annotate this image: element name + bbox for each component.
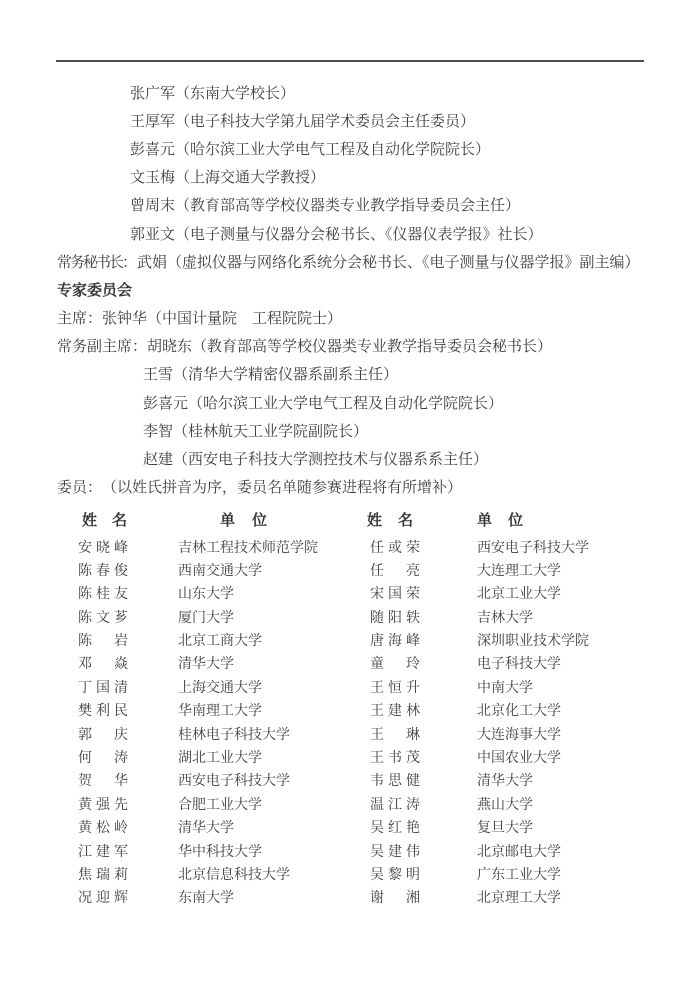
cell-name-left: 黄松岭 <box>78 817 128 837</box>
cell-unit-left: 桂林电子科技大学 <box>178 724 370 744</box>
list-entry: 张广军（东南大学校长） <box>57 78 667 106</box>
cell-name-left: 邓 焱 <box>78 653 128 673</box>
secretary-line: 常务秘书长： 武娟（虚拟仪器与网络化系统分会秘书长、《电子测量与仪器学报》副主编… <box>57 247 667 275</box>
line-label: 常务副主席： <box>57 335 147 356</box>
cell-name-left: 焦瑞莉 <box>78 864 128 884</box>
cell-name-right: 任或荣 <box>370 537 420 557</box>
cell-name-left: 江建军 <box>78 841 128 861</box>
cell-unit-right: 广东工业大学 <box>477 864 561 884</box>
document-page: 张广军（东南大学校长）王厚军（电子科技大学第九届学术委员会主任委员）彭喜元（哈尔… <box>0 0 700 990</box>
cell-unit-left: 湖北工业大学 <box>178 747 370 767</box>
cell-unit-left: 清华大学 <box>178 653 370 673</box>
cell-name-right: 任 亮 <box>370 560 420 580</box>
members-note-line: 委员： （以姓氏拼音为序，委员名单随参赛进程将有所增补） <box>57 473 667 501</box>
list-entry: 文玉梅（上海交通大学教授） <box>57 163 667 191</box>
cell-unit-left: 上海交通大学 <box>178 677 370 697</box>
table-row: 贺 华 西安电子科技大学 韦思健 清华大学 <box>57 769 667 792</box>
list-entry: 王雪（清华大学精密仪器系副系主任） <box>57 360 667 388</box>
list-entry: 曾周末（教育部高等学校仪器类专业教学指导委员会主任） <box>57 191 667 219</box>
cell-unit-left: 山东大学 <box>178 583 370 603</box>
members-table: 姓 名 单 位 姓 名 单 位 安晓峰 吉林工程技术师范学院 任或荣 西安电子科… <box>57 505 667 909</box>
line-text: 张钟华（中国计量院 工程院院士） <box>102 307 342 328</box>
cell-unit-right: 大连理工大学 <box>477 560 561 580</box>
cell-name-left: 安晓峰 <box>78 537 128 557</box>
cell-name-right: 韦思健 <box>370 770 420 790</box>
cell-name-right: 王建林 <box>370 700 420 720</box>
page-header-rule <box>56 60 644 62</box>
cell-unit-right: 北京化工大学 <box>477 700 561 720</box>
cell-unit-left: 吉林工程技术师范学院 <box>178 537 370 557</box>
cell-name-left: 樊利民 <box>78 700 128 720</box>
list-entry: 彭喜元（哈尔滨工业大学电气工程及自动化学院院长） <box>57 388 667 416</box>
cell-name-right: 随阳轶 <box>370 607 420 627</box>
line-text: 胡晓东（教育部高等学校仪器类专业教学指导委员会秘书长） <box>147 335 552 356</box>
cell-unit-right: 电子科技大学 <box>477 653 561 673</box>
cell-unit-right: 西安电子科技大学 <box>477 537 589 557</box>
cell-unit-left: 西安电子科技大学 <box>178 770 370 790</box>
document-body: 张广军（东南大学校长）王厚军（电子科技大学第九届学术委员会主任委员）彭喜元（哈尔… <box>57 78 667 909</box>
cell-unit-right: 吉林大学 <box>477 607 533 627</box>
list-entry: 赵建（西安电子科技大学测控技术与仪器系系主任） <box>57 444 667 472</box>
cell-unit-left: 华南理工大学 <box>178 700 370 720</box>
cell-name-left: 陈桂友 <box>78 583 128 603</box>
cell-unit-left: 清华大学 <box>178 817 370 837</box>
cell-unit-right: 北京邮电大学 <box>477 841 561 861</box>
table-row: 陈春俊 西南交通大学 任 亮 大连理工大学 <box>57 558 667 581</box>
organizing-member-list: 张广军（东南大学校长）王厚军（电子科技大学第九届学术委员会主任委员）彭喜元（哈尔… <box>57 78 667 247</box>
cell-name-right: 王书茂 <box>370 747 420 767</box>
cell-name-left: 陈春俊 <box>78 560 128 580</box>
cell-unit-right: 清华大学 <box>477 770 533 790</box>
cell-name-left: 黄强先 <box>78 794 128 814</box>
cell-unit-left: 北京工商大学 <box>178 630 370 650</box>
cell-unit-left: 东南大学 <box>178 887 370 907</box>
cell-name-right: 吴黎明 <box>370 864 420 884</box>
cell-unit-right: 燕山大学 <box>477 794 533 814</box>
column-header-unit-right: 单 位 <box>477 509 523 530</box>
cell-name-left: 丁国清 <box>78 677 128 697</box>
table-row: 陈 岩 北京工商大学 唐海峰 深圳职业技术学院 <box>57 628 667 651</box>
table-row: 樊利民 华南理工大学 王建林 北京化工大学 <box>57 699 667 722</box>
line-text: 武娟（虚拟仪器与网络化系统分会秘书长、《电子测量与仪器学报》副主编） <box>137 251 640 272</box>
table-row: 郭 庆 桂林电子科技大学 王 琳 大连海事大学 <box>57 722 667 745</box>
table-body: 安晓峰 吉林工程技术师范学院 任或荣 西安电子科技大学 陈春俊 西南交通大学 任… <box>57 535 667 909</box>
cell-name-right: 谢 湘 <box>370 887 420 907</box>
cell-name-right: 童 玲 <box>370 653 420 673</box>
cell-name-left: 陈文芗 <box>78 607 128 627</box>
list-entry: 彭喜元（哈尔滨工业大学电气工程及自动化学院院长） <box>57 134 667 162</box>
cell-unit-right: 中国农业大学 <box>477 747 561 767</box>
table-row: 丁国清 上海交通大学 王恒升 中南大学 <box>57 675 667 698</box>
cell-name-left: 郭 庆 <box>78 724 128 744</box>
cell-unit-right: 大连海事大学 <box>477 724 561 744</box>
cell-name-right: 宋国荣 <box>370 583 420 603</box>
cell-unit-right: 中南大学 <box>477 677 533 697</box>
cell-unit-left: 华中科技大学 <box>178 841 370 861</box>
table-row: 黄强先 合肥工业大学 温江涛 燕山大学 <box>57 792 667 815</box>
cell-name-right: 王 琳 <box>370 724 420 744</box>
table-row: 安晓峰 吉林工程技术师范学院 任或荣 西安电子科技大学 <box>57 535 667 558</box>
list-entry: 郭亚文（电子测量与仪器分会秘书长、《仪器仪表学报》社长） <box>57 219 667 247</box>
chair-line: 主席： 张钟华（中国计量院 工程院院士） <box>57 304 667 332</box>
line-label: 主席： <box>57 307 102 328</box>
cell-unit-left: 合肥工业大学 <box>178 794 370 814</box>
cell-name-left: 陈 岩 <box>78 630 128 650</box>
column-header-name-left: 姓 名 <box>82 509 127 530</box>
table-header-row: 姓 名 单 位 姓 名 单 位 <box>57 505 667 535</box>
table-row: 邓 焱 清华大学 童 玲 电子科技大学 <box>57 652 667 675</box>
table-row: 陈文芗 厦门大学 随阳轶 吉林大学 <box>57 605 667 628</box>
list-entry: 李智（桂林航天工业学院副院长） <box>57 416 667 444</box>
line-text: （以姓氏拼音为序，委员名单随参赛进程将有所增补） <box>102 476 462 497</box>
cell-name-right: 吴红艳 <box>370 817 420 837</box>
cell-unit-right: 深圳职业技术学院 <box>477 630 589 650</box>
table-row: 黄松岭 清华大学 吴红艳 复旦大学 <box>57 816 667 839</box>
cell-name-left: 何 涛 <box>78 747 128 767</box>
cell-unit-left: 北京信息科技大学 <box>178 864 370 884</box>
cell-name-right: 吴建伟 <box>370 841 420 861</box>
cell-name-left: 贺 华 <box>78 770 128 790</box>
list-entry: 王厚军（电子科技大学第九届学术委员会主任委员） <box>57 106 667 134</box>
cell-name-left: 况迎辉 <box>78 887 128 907</box>
table-row: 江建军 华中科技大学 吴建伟 北京邮电大学 <box>57 839 667 862</box>
line-label: 常务秘书长： <box>57 251 135 272</box>
cell-name-right: 温江涛 <box>370 794 420 814</box>
cell-name-right: 王恒升 <box>370 677 420 697</box>
vice-chair-member-list: 王雪（清华大学精密仪器系副系主任）彭喜元（哈尔滨工业大学电气工程及自动化学院院长… <box>57 360 667 473</box>
table-row: 何 涛 湖北工业大学 王书茂 中国农业大学 <box>57 745 667 768</box>
column-header-name-right: 姓 名 <box>367 509 413 530</box>
line-label: 委员： <box>57 476 102 497</box>
table-row: 陈桂友 山东大学 宋国荣 北京工业大学 <box>57 582 667 605</box>
table-row: 况迎辉 东南大学 谢 湘 北京理工大学 <box>57 886 667 909</box>
cell-unit-right: 北京理工大学 <box>477 887 561 907</box>
cell-unit-right: 北京工业大学 <box>477 583 561 603</box>
cell-unit-left: 西南交通大学 <box>178 560 370 580</box>
expert-committee-heading: 专家委员会 <box>57 275 667 303</box>
column-header-unit-left: 单 位 <box>220 509 267 530</box>
vice-chair-line: 常务副主席： 胡晓东（教育部高等学校仪器类专业教学指导委员会秘书长） <box>57 332 667 360</box>
cell-unit-right: 复旦大学 <box>477 817 533 837</box>
table-row: 焦瑞莉 北京信息科技大学 吴黎明 广东工业大学 <box>57 862 667 885</box>
cell-unit-left: 厦门大学 <box>178 607 370 627</box>
cell-name-right: 唐海峰 <box>370 630 420 650</box>
